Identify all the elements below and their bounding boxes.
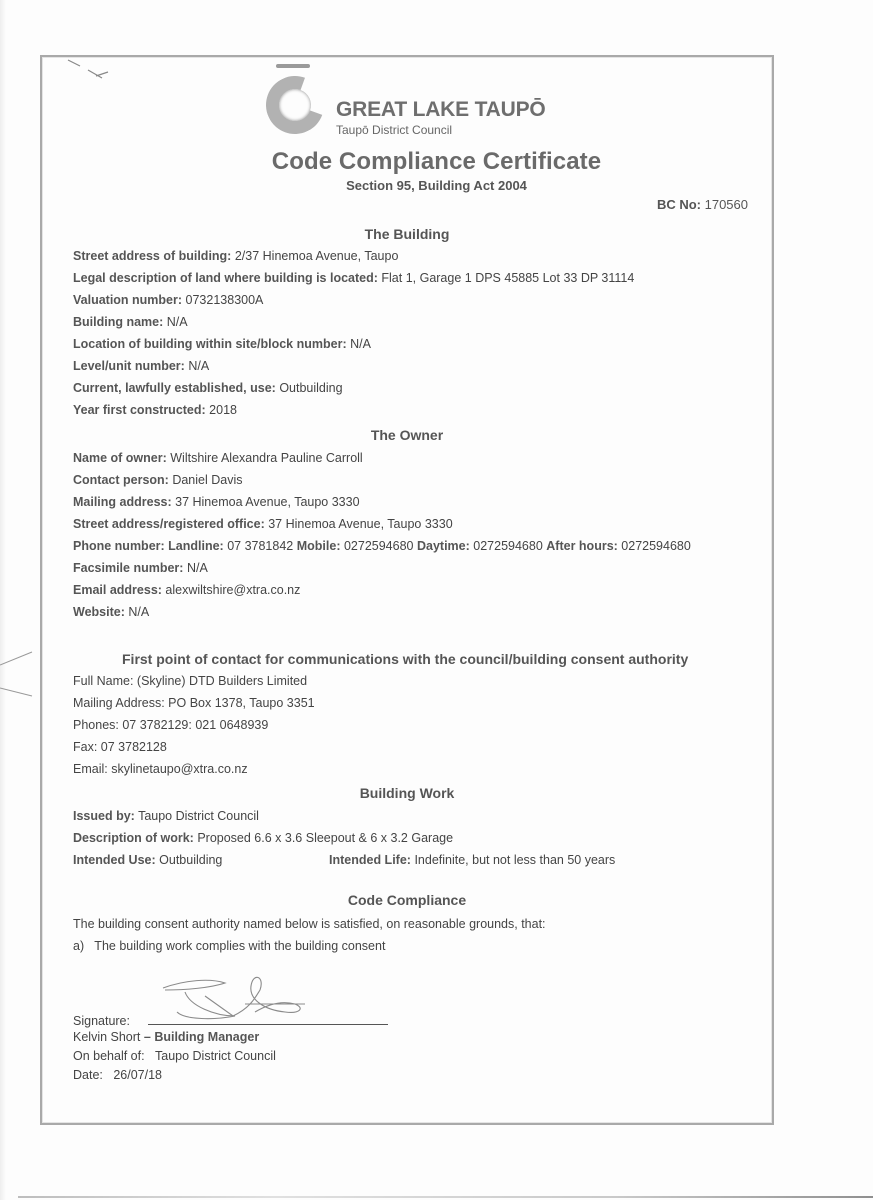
field-description-of-work: Description of work: Proposed 6.6 x 3.6 …: [73, 831, 453, 845]
signature-line: [148, 1024, 388, 1025]
document-title: Code Compliance Certificate: [0, 148, 873, 176]
signatory: Kelvin Short – Building Manager: [73, 1030, 259, 1044]
field-street-address: Street address of building: 2/37 Hinemoa…: [73, 249, 398, 263]
contact-full-name: Full Name: (Skyline) DTD Builders Limite…: [73, 674, 307, 688]
field-year-constructed: Year first constructed: 2018: [73, 403, 237, 417]
field-mailing-address: Mailing address: 37 Hinemoa Avenue, Taup…: [73, 495, 360, 509]
contact-email: Email: skylinetaupo@xtra.co.nz: [73, 762, 248, 776]
contact-fax: Fax: 07 3782128: [73, 740, 167, 754]
section-heading-work: Building Work: [40, 785, 774, 801]
field-registered-office: Street address/registered office: 37 Hin…: [73, 517, 453, 531]
section-heading-owner: The Owner: [40, 427, 774, 443]
scan-edge-bottom: [18, 1196, 873, 1198]
field-intended-life: Intended Life: Indefinite, but not less …: [329, 853, 615, 867]
field-valuation-number: Valuation number: 0732138300A: [73, 293, 263, 307]
field-current-use: Current, lawfully established, use: Outb…: [73, 381, 343, 395]
field-owner-name: Name of owner: Wiltshire Alexandra Pauli…: [73, 451, 363, 465]
field-facsimile: Facsimile number: N/A: [73, 561, 208, 575]
org-subtitle: Taupō District Council: [336, 123, 452, 137]
field-website: Website: N/A: [73, 605, 149, 619]
compliance-item-a: a) The building work complies with the b…: [73, 939, 385, 953]
field-phone-numbers: Phone number: Landline: 07 3781842 Mobil…: [73, 539, 691, 553]
section-heading-building: The Building: [40, 226, 774, 242]
org-name: GREAT LAKE TAUPŌ: [336, 98, 546, 122]
field-legal-description: Legal description of land where building…: [73, 271, 634, 285]
signoff-date: Date: 26/07/18: [73, 1068, 162, 1082]
logo-bar: [276, 64, 310, 68]
field-email: Email address: alexwiltshire@xtra.co.nz: [73, 583, 300, 597]
compliance-statement: The building consent authority named bel…: [73, 917, 546, 931]
bc-value: 170560: [705, 197, 748, 212]
on-behalf-of: On behalf of: Taupo District Council: [73, 1049, 276, 1063]
field-location: Location of building within site/block n…: [73, 337, 371, 351]
field-building-name: Building name: N/A: [73, 315, 188, 329]
section-heading-contact: First point of contact for communication…: [122, 651, 688, 667]
document-subtitle: Section 95, Building Act 2004: [0, 178, 873, 193]
margin-mark: [0, 640, 40, 700]
bc-label: BC No:: [657, 197, 701, 212]
bc-number: BC No: 170560: [657, 197, 748, 212]
field-issued-by: Issued by: Taupo District Council: [73, 809, 259, 823]
field-intended-use: Intended Use: Outbuilding: [73, 853, 222, 867]
field-contact-person: Contact person: Daniel Davis: [73, 473, 243, 487]
signature-label: Signature:: [73, 1014, 130, 1028]
section-heading-compliance: Code Compliance: [40, 892, 774, 908]
handwritten-signature: [155, 968, 325, 1028]
field-level-unit: Level/unit number: N/A: [73, 359, 209, 373]
contact-phones: Phones: 07 3782129: 021 0648939: [73, 718, 268, 732]
contact-mailing-address: Mailing Address: PO Box 1378, Taupo 3351: [73, 696, 315, 710]
